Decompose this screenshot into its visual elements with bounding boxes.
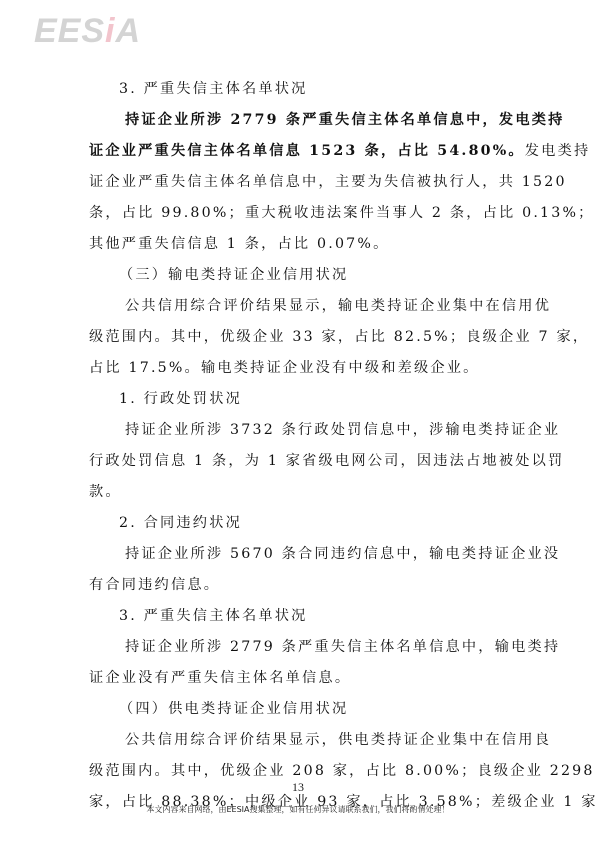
paragraph-line: 公共信用综合评价结果显示，输电类持证企业集中在信用优 [89,291,509,322]
paragraph-line: 公共信用综合评价结果显示，供电类持证企业集中在信用良 [89,725,509,756]
subsection-heading: 2. 合同违约状况 [89,508,509,539]
paragraph-line: 证企业严重失信主体名单信息中，主要为失信被执行人，共 1520 [89,167,509,198]
paragraph-line: 行政处罚信息 1 条，为 1 家省级电网公司，因违法占地被处以罚 [89,446,509,477]
document-body: 3. 严重失信主体名单状况 持证企业所涉 2779 条严重失信主体名单信息中，发… [89,74,509,818]
normal-text: 发电类持 [525,143,591,159]
section-heading: 3. 严重失信主体名单状况 [89,74,509,105]
eesia-logo: EESiA [34,12,141,51]
paragraph-line: 证企业严重失信主体名单信息 1523 条，占比 54.80%。发电类持 [89,136,509,167]
paragraph-line: 级范围内。其中，优级企业 33 家，占比 82.5%；良级企业 7 家， [89,322,509,353]
logo-text: EES [34,12,105,50]
paragraph-line: 款。 [89,477,509,508]
logo-tail: A [116,12,142,50]
paragraph-line: 持证企业所涉 2779 条严重失信主体名单信息中，输电类持 [89,632,509,663]
paragraph-line: 持证企业所涉 5670 条合同违约信息中，输电类持证企业没 [89,539,509,570]
paragraph-line: 其他严重失信信息 1 条，占比 0.07%。 [89,229,509,260]
paragraph-line: 占比 17.5%。输电类持证企业没有中级和差级企业。 [89,353,509,384]
subsection-heading: 1. 行政处罚状况 [89,384,509,415]
subsection-heading: 3. 严重失信主体名单状况 [89,601,509,632]
page-number: 13 [0,780,596,795]
paragraph-line: 证企业没有严重失信主体名单信息。 [89,663,509,694]
paragraph-line: 持证企业所涉 2779 条严重失信主体名单信息中，发电类持 [89,105,509,136]
paragraph-line: 条，占比 99.80%；重大税收违法案件当事人 2 条，占比 0.13%； [89,198,509,229]
logo-i: i [105,12,115,50]
paragraph-line: 有合同违约信息。 [89,570,509,601]
section-heading: （四）供电类持证企业信用状况 [89,694,509,725]
footer-disclaimer: 本文内容来自网络，由EESIA搜集整理，如有任何异议请联系我们，我们将酌情处理！ [0,804,596,815]
section-heading: （三）输电类持证企业信用状况 [89,260,509,291]
bold-text: 证企业严重失信主体名单信息 1523 条，占比 54.80%。 [89,143,525,159]
paragraph-line: 持证企业所涉 3732 条行政处罚信息中，涉输电类持证企业 [89,415,509,446]
